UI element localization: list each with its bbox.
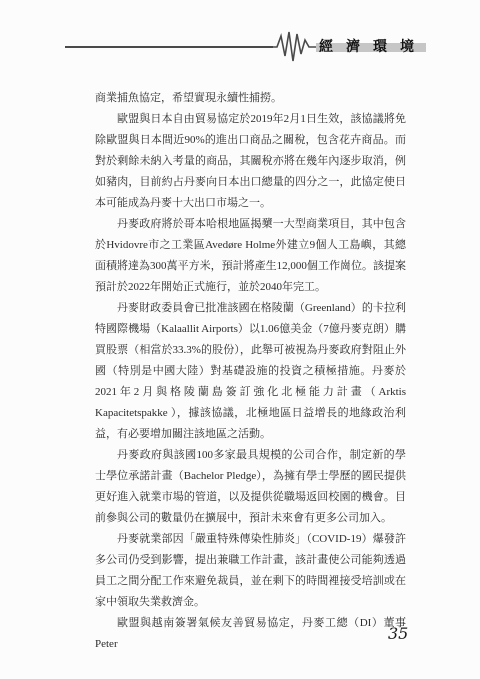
paragraph: 歐盟與越南簽署氣候友善貿易協定，丹麥工總（DI）董事Peter — [95, 613, 406, 655]
waveform-zigzag-icon — [271, 28, 319, 66]
paragraph: 丹麥政府與該國100多家最具規模的公司合作，制定新的學士學位承諾計畫（Bache… — [95, 445, 406, 529]
paragraph: 丹麥就業部因「嚴重特殊傳染性肺炎」（COVID-19）爆發許多公司仍受到影響，提… — [95, 529, 406, 613]
document-page: 經濟環境 商業捕魚協定，希望實現永續性捕撈。歐盟與日本自由貿易協定於2019年2… — [0, 0, 480, 679]
page-header-title: 經濟環境 — [319, 36, 427, 56]
paragraph: 歐盟與日本自由貿易協定於2019年2月1日生效，該協議將免除歐盟與日本間近90%… — [95, 109, 406, 214]
paragraph: 丹麥政府將於哥本哈根地區揭櫫一大型商業項目，其中包含於Hvidovre市之工業區… — [95, 214, 406, 298]
header-title-bar: 經濟環境 — [316, 43, 426, 52]
page-number: 35 — [388, 624, 408, 643]
body-text: 商業捕魚協定，希望實現永續性捕撈。歐盟與日本自由貿易協定於2019年2月1日生效… — [95, 88, 406, 655]
header-rule — [65, 46, 273, 48]
paragraph: 丹麥財政委員會已批准該國在格陵蘭（Greenland）的卡拉利特國際機場（Kal… — [95, 298, 406, 445]
paragraph: 商業捕魚協定，希望實現永續性捕撈。 — [95, 88, 406, 109]
